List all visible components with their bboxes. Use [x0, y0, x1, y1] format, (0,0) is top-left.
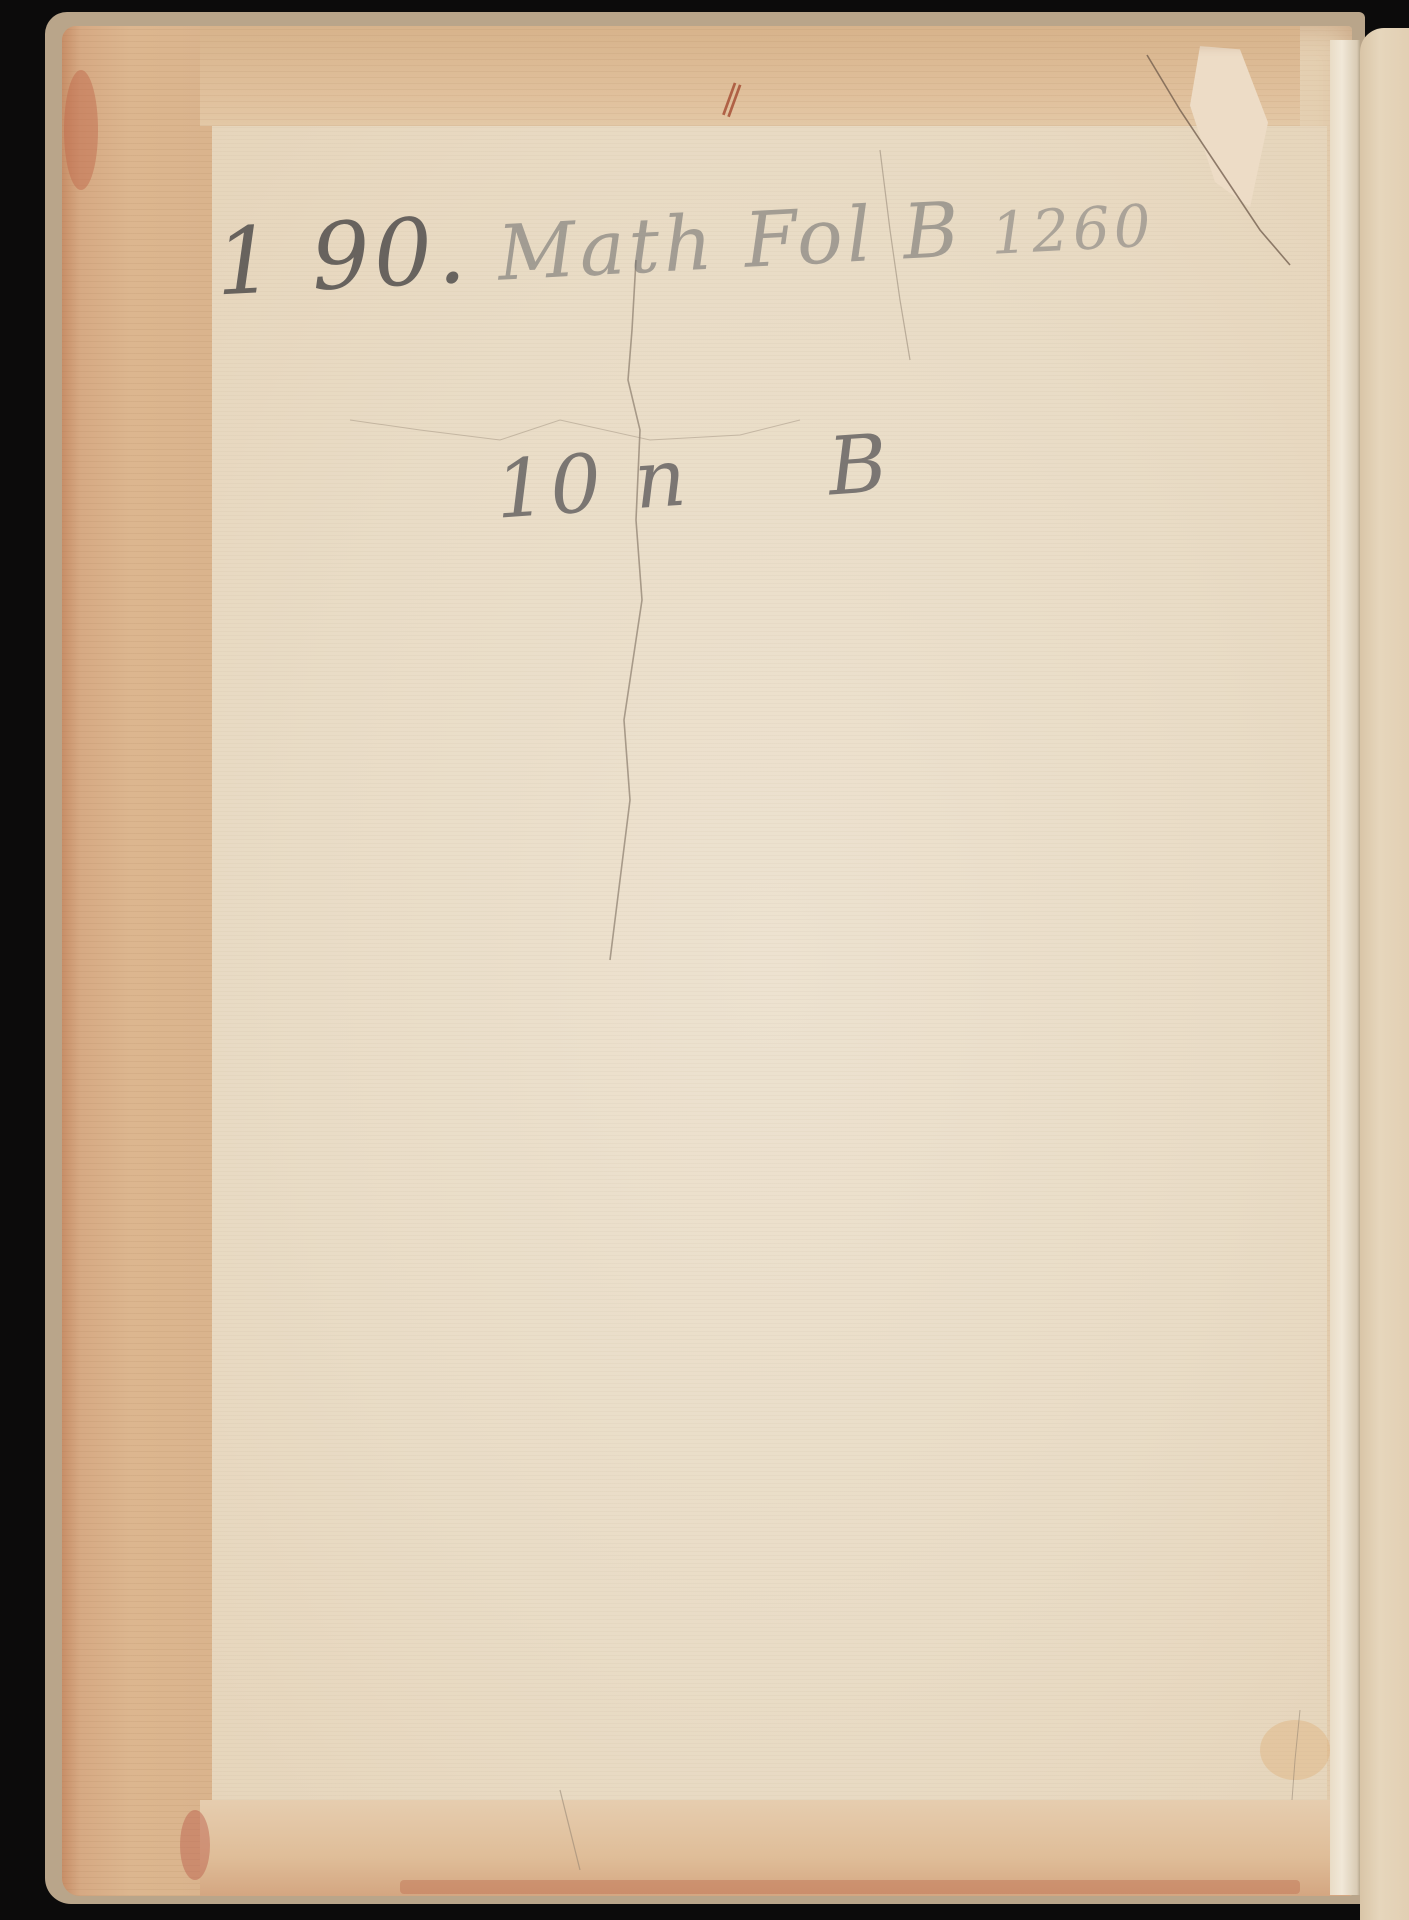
bottom-turn-in-margin [200, 1800, 1350, 1896]
top-turn-in-margin [200, 26, 1300, 126]
inscription-abbrev: Fol [742, 189, 877, 285]
inscription-word: Math [495, 197, 718, 297]
adjacent-leaf-edge [1360, 28, 1409, 1920]
inscription-code: B [901, 185, 965, 277]
left-turn-in-margin [62, 26, 212, 1896]
inscription-note: 1260 [989, 191, 1156, 267]
inscription-letter: B [825, 416, 894, 513]
pastedown-leaf [212, 126, 1327, 1800]
inscription-shelf: 10 n [492, 430, 693, 536]
binding-gutter [1330, 40, 1360, 1895]
inscription-number: 1 90. [213, 196, 472, 316]
